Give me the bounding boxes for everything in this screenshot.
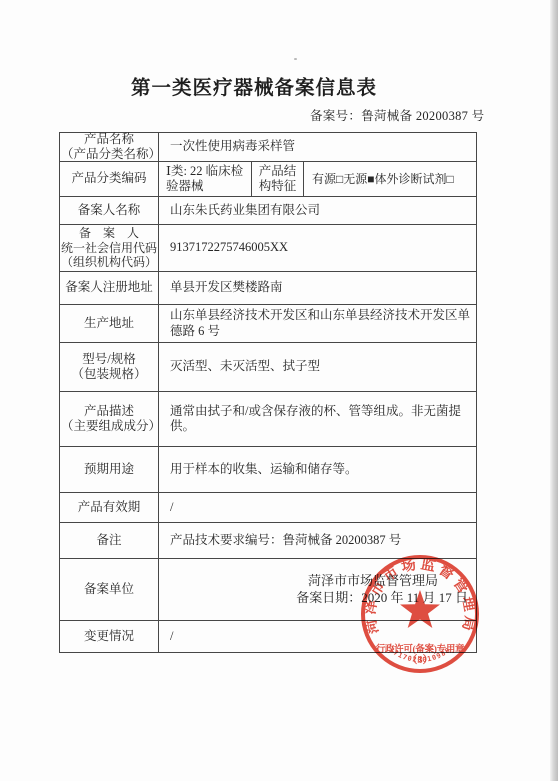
product-description-label: 产品描述 （主要组成成分） [60,392,159,446]
filing-number: 备案号：鲁菏械备 20200387 号 [310,106,484,124]
scan-speck [294,58,297,60]
table-row: 备案人注册地址 单县开发区樊楼路南 [60,272,476,305]
table-row: 备 案 人 统一社会信用代码 （组织机构代码） 9137172275746005… [60,225,476,272]
intended-use-value: 用于样本的收集、运输和储存等。 [159,447,476,492]
document-title: 第一类医疗器械备案信息表 [0,72,508,100]
product-name-value: 一次性使用病毒采样管 [159,133,476,161]
table-row: 变更情况 / [60,621,476,652]
remarks-value: 产品技术要求编号：鲁菏械备 20200387 号 [159,523,476,558]
registrant-name-value: 山东朱氏药业集团有限公司 [159,197,476,224]
scanned-document-page: 第一类医疗器械备案信息表 备案号：鲁菏械备 20200387 号 产品名称 （产… [0,0,558,781]
production-address-value: 山东单县经济技术开发区和山东单县经济技术开发区单德路 6 号 [159,305,476,342]
intended-use-label: 预期用途 [60,447,159,492]
seal-number-text: （3） [407,653,433,666]
table-row: 备案单位 菏泽市市场监督管理局 备案日期：2020 年 11 月 17 日 [60,559,476,621]
structure-feature-checkboxes: 有源□无源■体外诊断试剂□ [304,162,476,196]
changes-value: / [159,621,476,652]
model-spec-value: 灭活型、未灭活型、拭子型 [159,343,476,391]
registered-address-label: 备案人注册地址 [60,272,159,304]
filing-authority-value: 菏泽市市场监督管理局 备案日期：2020 年 11 月 17 日 [159,559,476,620]
registered-address-value: 单县开发区樊楼路南 [159,272,476,304]
credit-code-label: 备 案 人 统一社会信用代码 （组织机构代码） [60,225,159,271]
credit-code-value: 9137172275746005XX [159,225,476,271]
classification-code-label: 产品分类编码 [60,162,159,196]
table-row: 备注 产品技术要求编号：鲁菏械备 20200387 号 [60,523,476,559]
filing-authority-label: 备案单位 [60,559,159,620]
table-row: 产品名称 （产品分类名称） 一次性使用病毒采样管 [60,133,476,162]
production-address-label: 生产地址 [60,305,159,342]
table-row: 预期用途 用于样本的收集、运输和储存等。 [60,447,476,493]
table-row: 产品有效期 / [60,493,476,523]
table-row: 产品描述 （主要组成成分） 通常由拭子和/或含保存液的杯、管等组成。非无菌提供。 [60,392,476,447]
table-row: 备案人名称 山东朱氏药业集团有限公司 [60,197,476,225]
changes-label: 变更情况 [60,621,159,652]
table-row: 产品分类编码 Ⅰ类: 22 临床检验器械 产品结 构特征 有源□无源■体外诊断试… [60,162,476,197]
validity-value: / [159,493,476,522]
filing-date: 备案日期：2020 年 11 月 17 日 [296,590,470,607]
table-row: 生产地址 山东单县经济技术开发区和山东单县经济技术开发区单德路 6 号 [60,305,476,343]
filing-info-table: 产品名称 （产品分类名称） 一次性使用病毒采样管 产品分类编码 Ⅰ类: 22 临… [59,132,477,653]
remarks-label: 备注 [60,523,159,558]
model-spec-label: 型号/规格 （包装规格） [60,343,159,391]
classification-code-value: Ⅰ类: 22 临床检验器械 [159,162,252,196]
authority-org-name: 菏泽市市场监督管理局 [308,573,470,590]
product-name-label: 产品名称 （产品分类名称） [60,133,159,161]
validity-label: 产品有效期 [60,493,159,522]
table-row: 型号/规格 （包装规格） 灭活型、未灭活型、拭子型 [60,343,476,392]
product-description-value: 通常由拭子和/或含保存液的杯、管等组成。非无菌提供。 [159,392,476,446]
structure-feature-label: 产品结 构特征 [252,162,304,196]
page-edge-shadow [550,0,558,781]
registrant-name-label: 备案人名称 [60,197,159,224]
